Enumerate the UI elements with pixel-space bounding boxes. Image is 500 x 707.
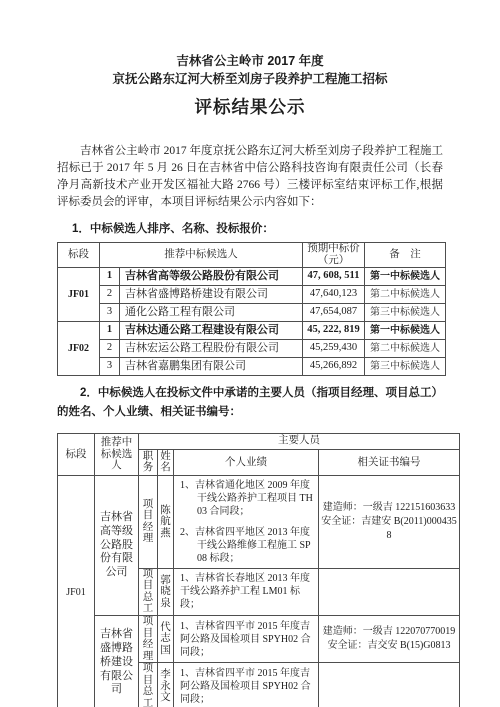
rank-cell: 1 bbox=[100, 321, 120, 339]
role-cell: 项目经理 bbox=[139, 616, 158, 663]
bid-price-header-row: 标段 推荐中标候选人 预期中标价（元） 备 注 bbox=[58, 242, 446, 267]
remark-cell: 第一中标候选人 bbox=[365, 267, 446, 285]
title-line-1: 吉林省公主岭市 2017 年度 bbox=[0, 52, 500, 70]
certificate-cell: 建造师：一级吉 122151603633 安全证：吉建安 B(2011)0004… bbox=[319, 475, 460, 568]
header-candidate: 推荐中标候选人 bbox=[100, 242, 303, 267]
header-lot: 标段 bbox=[58, 433, 95, 475]
header-candidate: 推荐中标候选人 bbox=[95, 433, 139, 475]
header-price: 预期中标价（元） bbox=[303, 242, 365, 267]
table-row: JF02 1 吉林达通公路工程建设有限公司 45, 222, 819 第一中标候… bbox=[58, 321, 446, 339]
certificate-cell bbox=[319, 663, 460, 707]
certificate-line: 安全证：吉交安 B(15)G0813 bbox=[321, 639, 457, 653]
rank-cell: 3 bbox=[100, 303, 120, 321]
achievements-cell: 1、吉林省四平市 2015 年度吉阿公路及国检项目 SPYH02 合同段； bbox=[174, 663, 319, 707]
company-cell: 吉林省盛博路桥建设有限公司 bbox=[120, 285, 303, 303]
rank-cell: 1 bbox=[100, 267, 120, 285]
price-cell: 45,266,892 bbox=[303, 357, 365, 375]
personnel-row: 吉林省盛博路桥建设有限公司 项目经理 代志国 1、吉林省四平市 2015 年度吉… bbox=[58, 616, 460, 663]
company-cell: 吉林达通公路工程建设有限公司 bbox=[120, 321, 303, 339]
lot-cell: JF01 bbox=[58, 267, 100, 321]
certificate-cell bbox=[319, 568, 460, 615]
achievement-item: 1、吉林省四平市 2015 年度吉阿公路及国检项目 SPYH02 合同段； bbox=[180, 667, 314, 706]
header-role: 职务 bbox=[139, 449, 158, 475]
lot-cell: JF02 bbox=[58, 321, 100, 375]
header-person-name: 姓名 bbox=[158, 449, 174, 475]
title-line-2: 京抚公路东辽河大桥至刘房子段养护工程施工招标 bbox=[0, 70, 500, 88]
certificate-line: 建造师：一级吉 122070770019 bbox=[321, 625, 457, 639]
achievement-item: 1、吉林省长春地区 2013 年度干线公路养护工程 LM01 标段； bbox=[180, 572, 314, 611]
remark-cell: 第三中标候选人 bbox=[365, 303, 446, 321]
achievement-item: 1、吉林省通化地区 2009 年度干线公路养护工程项目 TH03 合同段； bbox=[180, 479, 314, 518]
header-achievement: 个人业绩 bbox=[174, 449, 319, 475]
achievement-item: 2、吉林省四平地区 2013 年度干线公路维修工程施工 SP08 标段； bbox=[180, 526, 314, 565]
table-row: 3 通化公路工程有限公司 47,654,087 第三中标候选人 bbox=[58, 303, 446, 321]
remark-cell: 第二中标候选人 bbox=[365, 339, 446, 357]
table-row: 2 吉林宏运公路工程股份有限公司 45,259,430 第二中标候选人 bbox=[58, 339, 446, 357]
header-lot: 标段 bbox=[58, 242, 100, 267]
achievements-cell: 1、吉林省通化地区 2009 年度干线公路养护工程项目 TH03 合同段； 2、… bbox=[174, 475, 319, 568]
personnel-row: JF01 吉林省高等级公路股份有限公司 项目经理 陈航燕 1、吉林省通化地区 2… bbox=[58, 475, 460, 568]
table-row: 3 吉林省嘉鹏集团有限公司 45,266,892 第三中标候选人 bbox=[58, 357, 446, 375]
remark-cell: 第一中标候选人 bbox=[365, 321, 446, 339]
company-cell: 通化公路工程有限公司 bbox=[120, 303, 303, 321]
role-cell: 项目总工 bbox=[139, 568, 158, 615]
achievements-cell: 1、吉林省四平市 2015 年度吉阿公路及国检项目 SPYH02 合同段； bbox=[174, 616, 319, 663]
intro-paragraph: 吉林省公主岭市 2017 年度京抚公路东辽河大桥至刘房子段养护工程施工招标已于 … bbox=[57, 143, 443, 211]
header-main-personnel: 主要人员 bbox=[139, 433, 460, 449]
bid-price-table: 标段 推荐中标候选人 预期中标价（元） 备 注 JF01 1 吉林省高等级公路股… bbox=[57, 242, 446, 376]
rank-cell: 2 bbox=[100, 339, 120, 357]
table-row: JF01 1 吉林省高等级公路股份有限公司 47, 608, 511 第一中标候… bbox=[58, 267, 446, 285]
company-cell: 吉林省高等级公路股份有限公司 bbox=[120, 267, 303, 285]
lot-cell: JF01 bbox=[58, 475, 95, 707]
company-cell: 吉林宏运公路工程股份有限公司 bbox=[120, 339, 303, 357]
personnel-table: 标段 推荐中标候选人 主要人员 职务 姓名 个人业绩 相关证书编号 JF01 吉… bbox=[57, 433, 460, 707]
certificate-line: 建造师：一级吉 122151603633 bbox=[321, 501, 457, 515]
person-name-cell: 李永文 bbox=[158, 663, 174, 707]
role-cell: 项目总工 bbox=[139, 663, 158, 707]
table-row: 2 吉林省盛博路桥建设有限公司 47,640,123 第二中标候选人 bbox=[58, 285, 446, 303]
price-cell: 47,640,123 bbox=[303, 285, 365, 303]
price-cell: 47,654,087 bbox=[303, 303, 365, 321]
doc-title-block: 吉林省公主岭市 2017 年度 京抚公路东辽河大桥至刘房子段养护工程施工招标 评… bbox=[0, 52, 500, 121]
rank-cell: 2 bbox=[100, 285, 120, 303]
achievements-cell: 1、吉林省长春地区 2013 年度干线公路养护工程 LM01 标段； bbox=[174, 568, 319, 615]
company-cell: 吉林省嘉鹏集团有限公司 bbox=[120, 357, 303, 375]
section1-heading: 1．中标候选人排序、名称、投标报价： bbox=[72, 220, 459, 236]
price-cell: 47, 608, 511 bbox=[303, 267, 365, 285]
price-cell: 45,259,430 bbox=[303, 339, 365, 357]
company-cell: 吉林省盛博路桥建设有限公司 bbox=[95, 616, 139, 707]
person-name-cell: 陈航燕 bbox=[158, 475, 174, 568]
main-title: 评标结果公示 bbox=[0, 95, 500, 120]
company-cell: 吉林省高等级公路股份有限公司 bbox=[95, 475, 139, 615]
certificate-cell: 建造师：一级吉 122070770019 安全证：吉交安 B(15)G0813 bbox=[319, 616, 460, 663]
person-name-cell: 代志国 bbox=[158, 616, 174, 663]
remark-cell: 第二中标候选人 bbox=[365, 285, 446, 303]
document-page: 吉林省公主岭市 2017 年度 京抚公路东辽河大桥至刘房子段养护工程施工招标 评… bbox=[0, 0, 500, 707]
header-remark: 备 注 bbox=[365, 242, 446, 267]
person-name-cell: 郭晓泉 bbox=[158, 568, 174, 615]
remark-cell: 第三中标候选人 bbox=[365, 357, 446, 375]
achievement-item: 1、吉林省四平市 2015 年度吉阿公路及国检项目 SPYH02 合同段； bbox=[180, 620, 314, 659]
personnel-header-row-1: 标段 推荐中标候选人 主要人员 bbox=[58, 433, 460, 449]
document-body: 吉林省公主岭市 2017 年度京抚公路东辽河大桥至刘房子段养护工程施工招标已于 … bbox=[0, 143, 500, 707]
section2-heading: 2．中标候选人在投标文件中承诺的主要人员（指项目经理、项目总工）的姓名、个人业绩… bbox=[57, 384, 443, 422]
rank-cell: 3 bbox=[100, 357, 120, 375]
certificate-line: 安全证：吉建安 B(2011)0004358 bbox=[321, 515, 457, 543]
price-cell: 45, 222, 819 bbox=[303, 321, 365, 339]
header-certificate: 相关证书编号 bbox=[319, 449, 460, 475]
role-cell: 项目经理 bbox=[139, 475, 158, 568]
